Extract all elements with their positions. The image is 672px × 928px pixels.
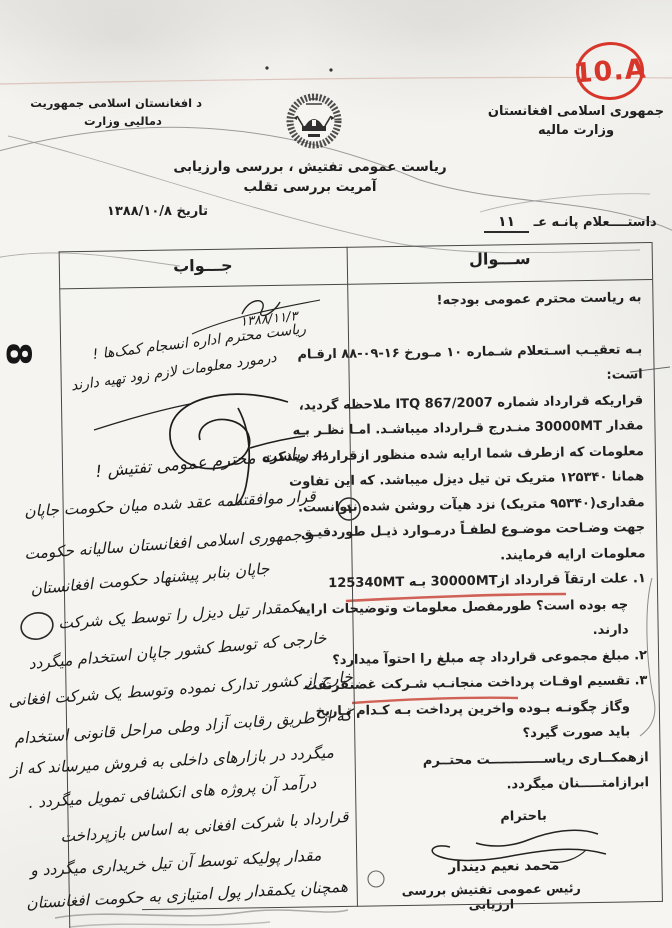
signatory-title: رئیس عمومی تفتیش بررسی ارزیابی	[379, 880, 604, 914]
question-item-3-end: باید صورت گیرد؟	[360, 719, 648, 749]
question-item-1-end: دارند.	[358, 617, 646, 647]
question-salutation: به ریاست محترم عمومی بودجه!	[353, 285, 641, 315]
question-closing-line2: ابرازامتـــــنان میگردد.	[361, 770, 649, 800]
item-1-highlighted: از30000MT بـه 125340MT	[328, 573, 510, 591]
question-body: به ریاست محترم عمومی بودجه! بـه تعقیـب ا…	[349, 285, 659, 800]
valediction: باحترام	[483, 808, 563, 824]
item-3-lead: ۳. تقسیم اوقـات پرداخت	[483, 673, 648, 691]
answer-column-header: جـــواب	[59, 254, 347, 278]
question-item-1: ۱. علت ارتقآ قرارداد از30000MT بـه 12534…	[358, 566, 646, 596]
item-1-lead: ۱. علت ارتقآ قرارداد	[509, 571, 646, 588]
question-item-2: ۲. مبلغ مجموعی قرارداد چه مبلغ را احتوآ …	[359, 643, 647, 673]
scanned-document-page: 10.A جمهوری اسلامی افغانستان وزارت مالیه…	[0, 0, 672, 928]
signatory-name: محمد نعیم دیندار	[411, 857, 596, 876]
answer-point-number: ۱	[341, 500, 357, 516]
question-column-header: ســـوال	[349, 247, 651, 271]
